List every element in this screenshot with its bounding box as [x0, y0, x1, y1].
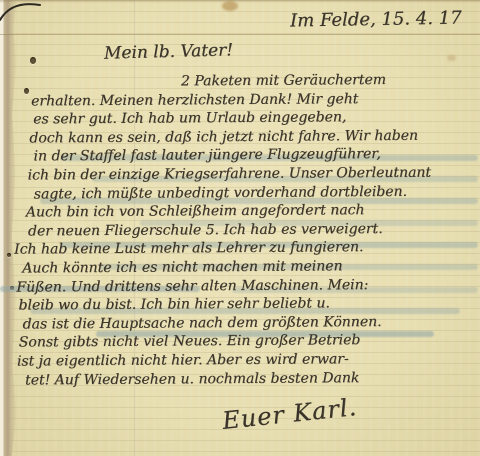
paper-top-shadow	[0, 0, 480, 3]
paper-stain	[447, 55, 456, 61]
signature: Euer Karl.	[221, 393, 358, 435]
letter-line: ich bin der einzige Kriegserfahrene. Uns…	[28, 163, 478, 185]
date-line: Im Felde, 15. 4. 17	[290, 8, 462, 32]
pin-hole	[30, 57, 36, 64]
ruled-line-under-date	[0, 34, 480, 35]
letter-line: doch kann es sein, daß ich jetzt nicht f…	[29, 126, 477, 148]
paper-stain	[222, 1, 238, 11]
letter-page: Im Felde, 15. 4. 17 Mein lb. Vater! 2 Pa…	[0, 0, 480, 456]
salutation: Mein lb. Vater!	[104, 40, 234, 63]
letter-line: tet! Auf Wiedersehen u. nochmals besten …	[25, 368, 479, 390]
letter-body: 2 Paketen mit Geräuchertem erhalten. Mei…	[3, 70, 479, 389]
letter-line: 2 Paketen mit Geräuchertem	[181, 70, 477, 91]
corner-pen-stroke	[0, 0, 44, 24]
